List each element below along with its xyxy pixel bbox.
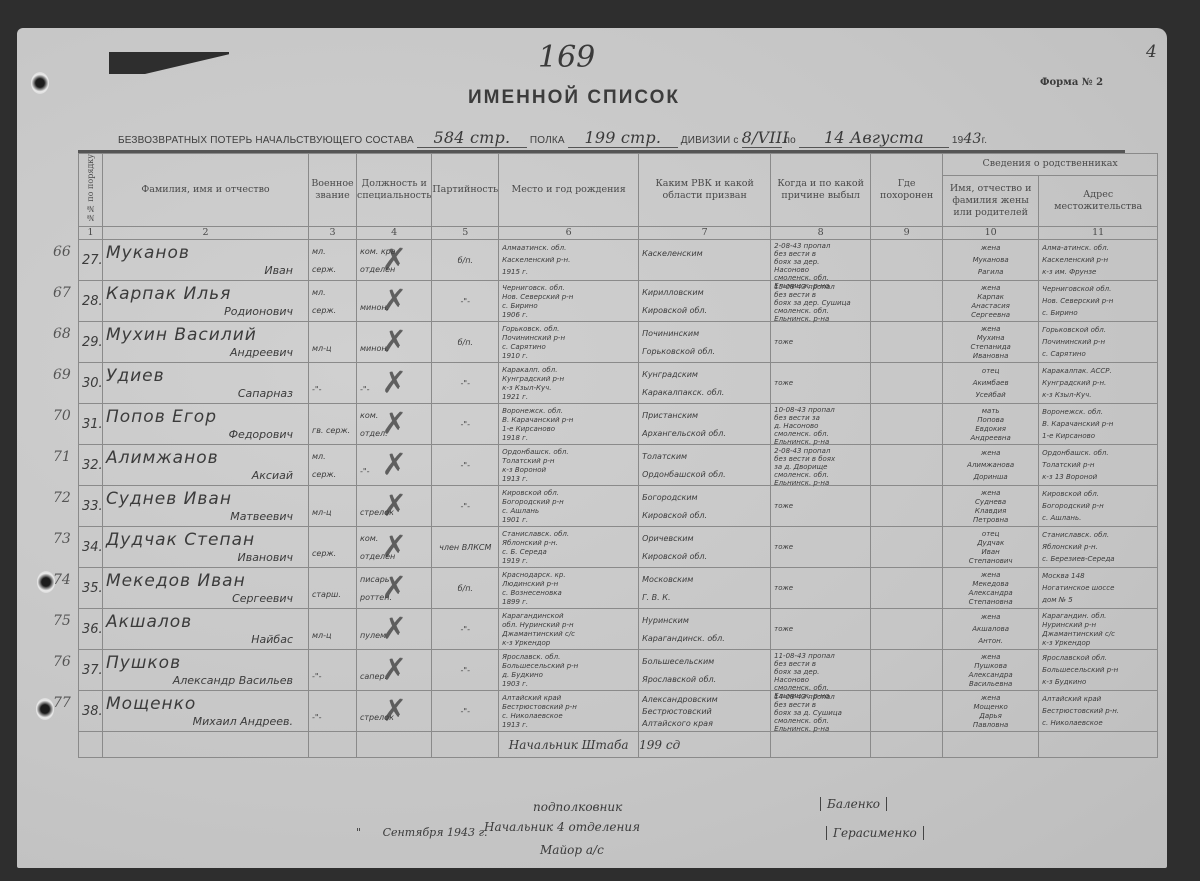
birth-cell: Воронежск. обл.В. Карачанский р-н1-е Кир…: [499, 404, 639, 445]
address-cell: Воронежск. обл.В. Карачанский р-н1-е Кир…: [1039, 404, 1158, 445]
margin-number: 69: [53, 367, 71, 383]
col-number: 6: [499, 227, 639, 240]
to-label: по: [785, 135, 796, 146]
rvk-cell: ПочининскимГорьковской обл.: [639, 322, 771, 363]
row-number-cell: 6829.: [79, 322, 103, 363]
row-number-cell: 7435.: [79, 568, 103, 609]
header-left: Когда и по какой причине выбыл: [771, 154, 871, 227]
year-prefix: 19: [952, 135, 964, 146]
surname: Удиев: [106, 366, 305, 386]
address-cell: Москва 148Ногатинское шосседом № 5: [1039, 568, 1158, 609]
dept-chief-signature: Герасименко: [826, 826, 924, 840]
row-number: 35.: [82, 581, 99, 596]
margin-number: 76: [53, 654, 71, 670]
given-name: Аксиай: [106, 469, 305, 482]
table-row: 7233. Суднев ИванМатвеевич мл-ц ✗стрелок…: [79, 486, 1158, 527]
row-number: 30.: [82, 376, 99, 391]
subtitle-prefix: БЕЗВОЗВРАТНЫХ ПОТЕРЬ НАЧАЛЬСТВУЮЩЕГО СОС…: [118, 135, 414, 146]
given-name: Михаил Андреев.: [106, 715, 305, 728]
rank-cell: мл-ц: [309, 322, 357, 363]
party-cell: б/п.: [432, 240, 499, 281]
footer-mark: [432, 732, 499, 758]
surname: Пушков: [106, 653, 305, 673]
margin-number: 73: [53, 531, 71, 547]
rank-cell: -"-: [309, 691, 357, 732]
col-number: 2: [103, 227, 309, 240]
document-subtitle: БЕЗВОЗВРАТНЫХ ПОТЕРЬ НАЧАЛЬСТВУЮЩЕГО СОС…: [118, 128, 987, 148]
party-cell: б/п.: [432, 322, 499, 363]
chief-of-staff-rank: подполковник: [533, 800, 622, 814]
position-cell: ✗сапер.: [357, 650, 432, 691]
header-relative-name: Имя, отчество и фамилия жены или родител…: [943, 175, 1039, 227]
given-name: Родионович: [106, 305, 305, 318]
division-label: ДИВИЗИИ с: [681, 135, 739, 146]
col-number: 10: [943, 227, 1039, 240]
losses-table: №№ по порядку Фамилия, имя и отчество Во…: [78, 153, 1158, 758]
address-cell: Каракалпак. АССР.Кунградский р-н.к-з Кзы…: [1039, 363, 1158, 404]
rvk-cell: БогородскимКировской обл.: [639, 486, 771, 527]
row-number-cell: 7536.: [79, 609, 103, 650]
row-number: 32.: [82, 458, 99, 473]
name-cell: АкшаловНайбас: [103, 609, 309, 650]
margin-number: 74: [53, 572, 71, 588]
address-cell: Ярославской обл.Большесельский р-нк-з Бу…: [1039, 650, 1158, 691]
left-reason-cell: тоже: [771, 363, 871, 404]
left-reason-cell: тоже: [771, 322, 871, 363]
name-cell: Мухин ВасилийАндреевич: [103, 322, 309, 363]
birth-cell: Горьковск. обл.Почининский р-нс. Сарятин…: [499, 322, 639, 363]
buried-cell: [871, 650, 943, 691]
relative-cell: отецАкимбаевУсейбай: [943, 363, 1039, 404]
rank-cell: мл.серж.: [309, 445, 357, 486]
given-name: Иванович: [106, 551, 305, 564]
birth-cell: Алтайский крайБестрюстовский р-нс. Никол…: [499, 691, 639, 732]
birth-cell: Ярославск. обл.Большесельский р-нд. Будк…: [499, 650, 639, 691]
buried-cell: [871, 609, 943, 650]
rank-cell: мл.серж.: [309, 281, 357, 322]
rvk-cell: КунградскимКаракалпакск. обл.: [639, 363, 771, 404]
document-title: ИМЕННОЙ СПИСОК: [468, 87, 680, 109]
party-cell: б/п.: [432, 568, 499, 609]
rvk-cell: АлександровскимБестрюстовскийАлтайского …: [639, 691, 771, 732]
row-number: 31.: [82, 417, 99, 432]
buried-cell: [871, 281, 943, 322]
row-number-cell: 7031.: [79, 404, 103, 445]
left-reason-cell: 2-08-43 пропалбез вести в бояхза д. Двор…: [771, 445, 871, 486]
buried-cell: [871, 486, 943, 527]
row-number: 36.: [82, 622, 99, 637]
left-reason-cell: 10-08-43 пропалбез вести зад. Насоновосм…: [771, 404, 871, 445]
row-number: 33.: [82, 499, 99, 514]
rvk-cell: НуринскимКарагандинск. обл.: [639, 609, 771, 650]
chief-of-staff-signature: Баленко: [820, 797, 887, 811]
row-number-cell: 7132.: [79, 445, 103, 486]
birth-cell: Черниговск. обл.Нов. Северский р-нс. Бир…: [499, 281, 639, 322]
left-reason-cell: тоже: [771, 568, 871, 609]
position-cell: ✗ком.отдел.: [357, 404, 432, 445]
row-number: 38.: [82, 704, 99, 719]
row-number-cell: 6930.: [79, 363, 103, 404]
birth-cell: Каракалп. обл.Кунградский р-нк-з Кзыл-Ку…: [499, 363, 639, 404]
name-cell: Суднев ИванМатвеевич: [103, 486, 309, 527]
table-row: 7435. Мекедов ИванСергеевич старш. ✗писа…: [79, 568, 1158, 609]
col-number: 8: [771, 227, 871, 240]
party-cell: -"-: [432, 486, 499, 527]
relative-cell: женаАкшаловаАнтон.: [943, 609, 1039, 650]
margin-number: 75: [53, 613, 71, 629]
chief-of-staff-label: Начальник Штаба: [499, 732, 639, 758]
col-number: 11: [1039, 227, 1158, 240]
margin-number: 71: [53, 449, 71, 465]
row-number-cell: 7637.: [79, 650, 103, 691]
address-cell: Кировской обл.Богородский р-нс. Ашлань.: [1039, 486, 1158, 527]
address-cell: Алтайский крайБестрюстовский р-н.с. Нико…: [1039, 691, 1158, 732]
given-name: Федорович: [106, 428, 305, 441]
punch-hole: [36, 698, 54, 720]
row-number-cell: 7334.: [79, 527, 103, 568]
address-cell: Черниговской обл.Нов. Северский р-нс. Би…: [1039, 281, 1158, 322]
relative-cell: матьПоповаЕвдокияАндреевна: [943, 404, 1039, 445]
header-rvk: Каким РВК и какой области призван: [639, 154, 771, 227]
archive-number: 169: [538, 40, 595, 75]
party-cell: -"-: [432, 650, 499, 691]
birth-cell: Ордонбашск. обл.Толатский р-нк-з Вороной…: [499, 445, 639, 486]
position-cell: ✗-"-: [357, 363, 432, 404]
buried-cell: [871, 691, 943, 732]
punch-hole: [31, 72, 49, 94]
header-rank: Военное звание: [309, 154, 357, 227]
rank-cell: мл-ц: [309, 486, 357, 527]
header-party: Партийность: [432, 154, 499, 227]
birth-cell: Станиславск. обл.Яблонский р-н.с. Б. Сер…: [499, 527, 639, 568]
row-number: 37.: [82, 663, 99, 678]
header-buried: Где похоронен: [871, 154, 943, 227]
chief-of-staff-unit: 199 сд: [639, 732, 771, 758]
col-number: 4: [357, 227, 432, 240]
buried-cell: [871, 445, 943, 486]
buried-cell: [871, 527, 943, 568]
surname: Мощенко: [106, 694, 305, 714]
birth-cell: Карагандинскойобл. Нуринский р-нДжаманти…: [499, 609, 639, 650]
header-position: Должность и специальность: [357, 154, 432, 227]
left-reason-cell: тоже: [771, 486, 871, 527]
table-row: 7334. Дудчак СтепанИванович серж. ✗ком.о…: [79, 527, 1158, 568]
position-cell: ✗писарьроттен.: [357, 568, 432, 609]
table-row: 7536. АкшаловНайбас мл-ц ✗пулем -"- Кара…: [79, 609, 1158, 650]
table-row: 7738. МощенкоМихаил Андреев. -"- ✗стрело…: [79, 691, 1158, 732]
sheet-number: 4: [1146, 42, 1157, 62]
name-cell: УдиевСапарназ: [103, 363, 309, 404]
left-reason-cell: тоже: [771, 527, 871, 568]
surname: Дудчак Степан: [106, 530, 305, 550]
table-row: 6627. МукановИван мл.серж. ✗ком. краотде…: [79, 240, 1158, 281]
address-cell: Ордонбашск. обл.Толатский р-нк-з 13 Воро…: [1039, 445, 1158, 486]
col-number: 5: [432, 227, 499, 240]
buried-cell: [871, 240, 943, 281]
rvk-cell: МосковскимГ. В. К.: [639, 568, 771, 609]
left-reason-cell: 11-08-43 пропалбез вести вбоях за дер.На…: [771, 650, 871, 691]
given-name: Иван: [106, 264, 305, 277]
relative-cell: женаМухинаСтепанидаИвановна: [943, 322, 1039, 363]
name-cell: Карпак ИльяРодионович: [103, 281, 309, 322]
surname: Муканов: [106, 243, 305, 263]
rank-cell: мл-ц: [309, 609, 357, 650]
header-relatives: Сведения о родственниках: [943, 154, 1158, 176]
relative-cell: отецДудчакИванСтепанович: [943, 527, 1039, 568]
rvk-cell: Каскеленским: [639, 240, 771, 281]
header-address: Адрес местожительства: [1039, 175, 1158, 227]
party-cell: -"-: [432, 281, 499, 322]
party-cell: член ВЛКСМ: [432, 527, 499, 568]
table-row: 6829. Мухин ВасилийАндреевич мл-ц ✗минон…: [79, 322, 1158, 363]
buried-cell: [871, 363, 943, 404]
rvk-cell: КирилловскимКировской обл.: [639, 281, 771, 322]
position-cell: ✗пулем: [357, 609, 432, 650]
relative-cell: женаАлимжановаДоринша: [943, 445, 1039, 486]
name-cell: МощенкоМихаил Андреев.: [103, 691, 309, 732]
regiment-field: 584 стр.: [417, 128, 527, 148]
name-cell: АлимжановАксиай: [103, 445, 309, 486]
division-field: 199 стр.: [568, 128, 678, 148]
date-line: " Сентября 1943 г.: [356, 826, 488, 839]
given-name: Андреевич: [106, 346, 305, 359]
left-reason-cell: 15-08-43 пропалбез вести вбоях за дер. С…: [771, 281, 871, 322]
left-reason-cell: 14-08-43 пропалбез вести вбоях за д. Суш…: [771, 691, 871, 732]
date-from-field: 8/VIII: [742, 128, 782, 148]
relative-cell: женаПушковаАлександраВасильевна: [943, 650, 1039, 691]
position-cell: ✗стрелок: [357, 691, 432, 732]
rank-cell: старш.: [309, 568, 357, 609]
table-row: 7132. АлимжановАксиай мл.серж. ✗-"- -"- …: [79, 445, 1158, 486]
margin-number: 70: [53, 408, 71, 424]
left-reason-cell: 2-08-43 пропалбез вести вбоях за дер.Нас…: [771, 240, 871, 281]
surname: Мекедов Иван: [106, 571, 305, 591]
rvk-cell: ОричевскимКировской обл.: [639, 527, 771, 568]
party-cell: -"-: [432, 445, 499, 486]
col-number: 1: [79, 227, 103, 240]
row-number: 27.: [82, 253, 99, 268]
row-number-cell: 7233.: [79, 486, 103, 527]
surname: Карпак Илья: [106, 284, 305, 304]
buried-cell: [871, 568, 943, 609]
col-number: 3: [309, 227, 357, 240]
surname: Суднев Иван: [106, 489, 305, 509]
address-cell: Станиславск. обл.Яблонский р-н.с. Берези…: [1039, 527, 1158, 568]
address-cell: Алма-атинск. обл.Каскеленский р-нк-з им.…: [1039, 240, 1158, 281]
rvk-cell: ПристанскимАрхангельской обл.: [639, 404, 771, 445]
surname: Акшалов: [106, 612, 305, 632]
birth-cell: Кировской обл.Богородский р-нс. Ашлань19…: [499, 486, 639, 527]
party-cell: -"-: [432, 363, 499, 404]
row-number-cell: 7738.: [79, 691, 103, 732]
position-cell: ✗ком. краотделен: [357, 240, 432, 281]
col-number: 7: [639, 227, 771, 240]
rvk-cell: ТолатскимОрдонбашской обл.: [639, 445, 771, 486]
position-cell: ✗-"-: [357, 445, 432, 486]
left-reason-cell: тоже: [771, 609, 871, 650]
position-cell: ✗ком.отделен: [357, 527, 432, 568]
rank-cell: -"-: [309, 650, 357, 691]
row-number: 29.: [82, 335, 99, 350]
col-number: 9: [871, 227, 943, 240]
name-cell: Дудчак СтепанИванович: [103, 527, 309, 568]
row-number: 34.: [82, 540, 99, 555]
given-name: Сапарназ: [106, 387, 305, 400]
rvk-cell: БольшесельскимЯрославской обл.: [639, 650, 771, 691]
table-row: 7637. ПушковАлександр Васильев -"- ✗сапе…: [79, 650, 1158, 691]
row-number-cell: 6627.: [79, 240, 103, 281]
relative-cell: женаСудневаКлавдияПетровна: [943, 486, 1039, 527]
birth-cell: Алмаатинск. обл.Каскеленский р-н.1915 г.: [499, 240, 639, 281]
name-cell: Мекедов ИванСергеевич: [103, 568, 309, 609]
surname: Мухин Василий: [106, 325, 305, 345]
header-birth: Место и год рождения: [499, 154, 639, 227]
surname: Попов Егор: [106, 407, 305, 427]
relative-cell: женаМукановаРагила: [943, 240, 1039, 281]
party-cell: -"-: [432, 609, 499, 650]
relative-cell: женаКарпакАнастасияСергеевна: [943, 281, 1039, 322]
party-cell: -"-: [432, 404, 499, 445]
given-name: Сергеевич: [106, 592, 305, 605]
rank-cell: мл.серж.: [309, 240, 357, 281]
rank-cell: серж.: [309, 527, 357, 568]
year-suffix: г.: [982, 135, 988, 146]
position-cell: ✗минон.: [357, 322, 432, 363]
margin-number: 68: [53, 326, 71, 342]
position-cell: ✗стрелок: [357, 486, 432, 527]
margin-number: 66: [53, 244, 71, 260]
dept-chief-label: Начальник 4 отделения: [484, 820, 640, 834]
address-cell: Горьковской обл.Почининский р-нс. Саряти…: [1039, 322, 1158, 363]
margin-number: 77: [53, 695, 71, 711]
margin-number: 67: [53, 285, 71, 301]
row-number-cell: 6728.: [79, 281, 103, 322]
name-cell: МукановИван: [103, 240, 309, 281]
birth-cell: Краснодарск. кр.Людинский р-нс. Вознесен…: [499, 568, 639, 609]
header-number: №№ по порядку: [79, 154, 103, 227]
name-cell: ПушковАлександр Васильев: [103, 650, 309, 691]
dept-chief-rank: Майор а/с: [540, 843, 604, 857]
year-field: 43: [963, 131, 981, 147]
date-to-field: 14 Августа: [799, 128, 949, 148]
row-number: 28.: [82, 294, 99, 309]
table-row: 6930. УдиевСапарназ -"- ✗-"- -"- Каракал…: [79, 363, 1158, 404]
name-cell: Попов ЕгорФедорович: [103, 404, 309, 445]
table-row: 7031. Попов ЕгорФедорович гв. серж. ✗ком…: [79, 404, 1158, 445]
table-row: 6728. Карпак ИльяРодионович мл.серж. ✗ми…: [79, 281, 1158, 322]
given-name: Найбас: [106, 633, 305, 646]
relative-cell: женаМощенкоДарьяПавловна: [943, 691, 1039, 732]
given-name: Александр Васильев: [106, 674, 305, 687]
form-number: Форма № 2: [1040, 77, 1103, 88]
margin-number: 72: [53, 490, 71, 506]
address-cell: Карагандин. обл.Нуринский р-нДжамантинск…: [1039, 609, 1158, 650]
header-name: Фамилия, имя и отчество: [103, 154, 309, 227]
torn-corner: [109, 52, 229, 74]
rank-cell: гв. серж.: [309, 404, 357, 445]
buried-cell: [871, 322, 943, 363]
surname: Алимжанов: [106, 448, 305, 468]
party-cell: -"-: [432, 691, 499, 732]
rank-cell: -"-: [309, 363, 357, 404]
given-name: Матвеевич: [106, 510, 305, 523]
buried-cell: [871, 404, 943, 445]
regiment-label: ПОЛКА: [530, 135, 565, 146]
relative-cell: женаМекедоваАлександраСтепановна: [943, 568, 1039, 609]
position-cell: ✗минон.: [357, 281, 432, 322]
